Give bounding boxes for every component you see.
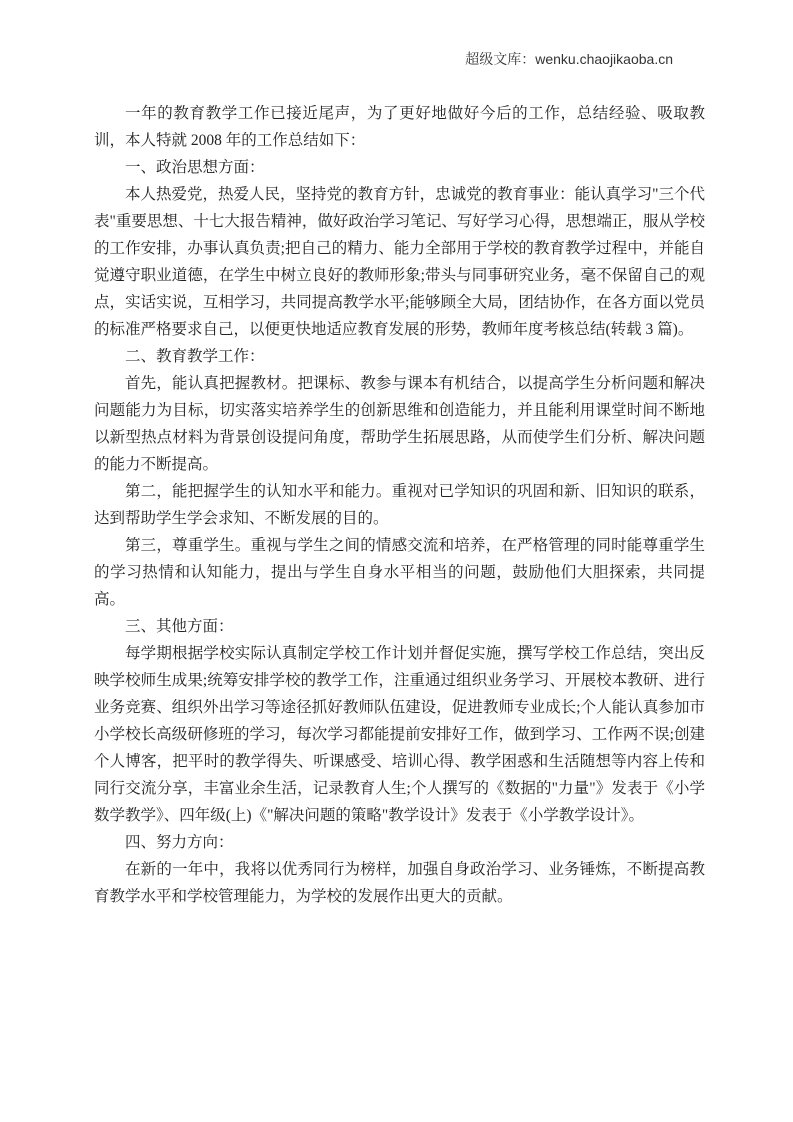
paragraph: 每学期根据学校实际认真制定学校工作计划并督促实施，撰写学校工作总结，突出反映学校… [94,640,705,829]
section-heading: 三、其他方面： [94,613,705,640]
paragraph: 本人热爱党，热爱人民，坚持党的教育方针，忠诚党的教育事业：能认真学习"三个代表"… [94,181,705,343]
section-heading: 四、努力方向： [94,829,705,856]
section-heading: 二、教育教学工作： [94,343,705,370]
site-watermark: 超级文库：wenku.chaojikaoba.cn [465,51,673,67]
paragraph: 首先，能认真把握教材。把课标、教参与课本有机结合，以提高学生分析问题和解决问题能… [94,370,705,478]
paragraph: 第三，尊重学生。重视与学生之间的情感交流和培养，在严格管理的同时能尊重学生的学习… [94,532,705,613]
paragraph: 第二，能把握学生的认知水平和能力。重视对已学知识的巩固和新、旧知识的联系，达到帮… [94,478,705,532]
section-heading: 一、政治思想方面： [94,154,705,181]
paragraph: 在新的一年中，我将以优秀同行为榜样，加强自身政治学习、业务锤炼，不断提高教育教学… [94,856,705,910]
document-body: 一年的教育教学工作已接近尾声，为了更好地做好今后的工作，总结经验、吸取教训，本人… [94,100,705,910]
document-page: 超级文库：wenku.chaojikaoba.cn 一年的教育教学工作已接近尾声… [0,0,793,1122]
paragraph: 一年的教育教学工作已接近尾声，为了更好地做好今后的工作，总结经验、吸取教训，本人… [94,100,705,154]
